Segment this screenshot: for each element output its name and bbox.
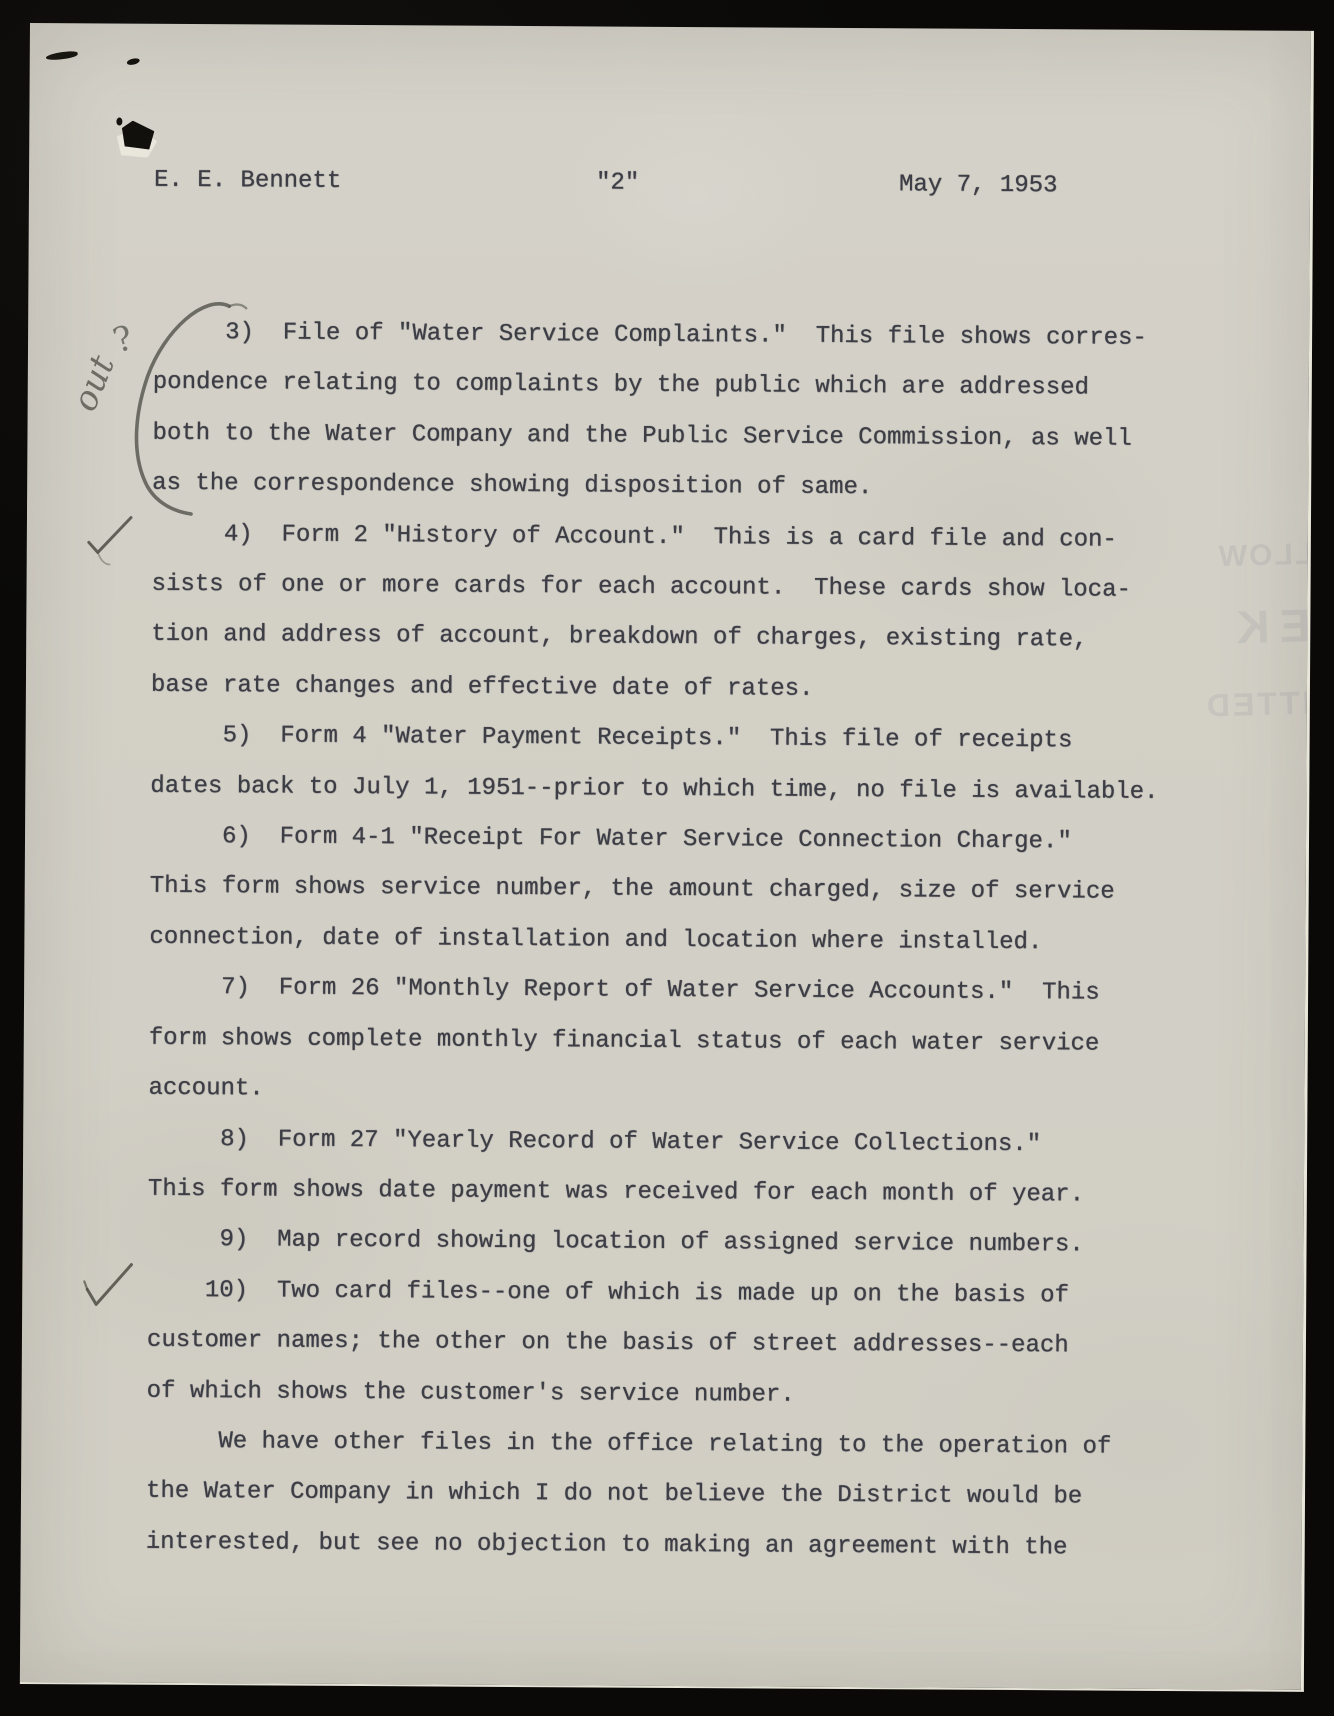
document-page: OLLOW SEK MITTED E. E. Bennett "2" May 7…	[20, 23, 1314, 1692]
pencil-checkmark	[87, 1264, 131, 1304]
typed-line: of which shows the customer's service nu…	[146, 1366, 1154, 1423]
paper-tear	[46, 50, 79, 61]
bleed-through-text: OLLOW	[1216, 537, 1314, 574]
typed-line: This form shows service number, the amou…	[150, 862, 1158, 919]
typed-line: 8) Form 27 "Yearly Record of Water Servi…	[148, 1114, 1156, 1171]
typed-line: 9) Map record showing location of assign…	[147, 1215, 1155, 1272]
pencil-checkmark-barb	[84, 1281, 87, 1289]
typed-line: 6) Form 4-1 "Receipt For Water Service C…	[150, 812, 1158, 869]
typed-line: both to the Water Company and the Public…	[152, 409, 1160, 466]
bleed-through-text: MITTED	[1203, 684, 1314, 725]
margin-note-out: out	[65, 350, 123, 417]
typed-line: We have other files in the office relati…	[146, 1417, 1154, 1474]
typed-line: This form shows date payment was receive…	[148, 1165, 1156, 1222]
header-page-number: "2"	[596, 158, 640, 208]
margin-note-question-mark: ?	[108, 318, 138, 362]
typed-line: 7) Form 26 "Monthly Report of Water Serv…	[149, 963, 1157, 1020]
header-author: E. E. Bennett	[154, 156, 342, 207]
typed-line: dates back to July 1, 1951--prior to whi…	[150, 761, 1158, 818]
typed-line: 10) Two card files--one of which is made…	[147, 1265, 1155, 1322]
typed-line: base rate changes and effective date of …	[151, 661, 1159, 718]
punch-hole	[116, 118, 122, 126]
pencil-checkmark	[89, 517, 131, 552]
scanner-background: OLLOW SEK MITTED E. E. Bennett "2" May 7…	[0, 0, 1334, 1716]
typed-line: 3) File of "Water Service Complaints." T…	[153, 308, 1161, 365]
header-date: May 7, 1953	[899, 160, 1058, 211]
typed-line: 5) Form 4 "Water Payment Receipts." This…	[150, 711, 1158, 768]
typed-line: 4) Form 2 "History of Account." This is …	[152, 509, 1160, 566]
typed-line: sists of one or more cards for each acco…	[151, 560, 1159, 617]
typed-line: the Water Company in which I do not beli…	[146, 1467, 1154, 1524]
typed-line: customer names; the other on the basis o…	[147, 1316, 1155, 1373]
page-header: E. E. Bennett "2" May 7, 1953	[154, 156, 1204, 212]
bleed-through-text: SEK	[1226, 597, 1314, 655]
typed-line: as the correspondence showing dispositio…	[152, 459, 1160, 516]
typed-body: 3) File of "Water Service Complaints." T…	[146, 308, 1162, 1574]
pencil-checkmark-tail	[98, 552, 110, 564]
typed-line: form shows complete monthly financial st…	[149, 1013, 1157, 1070]
paper-tear	[126, 57, 140, 66]
typed-line: pondence relating to complaints by the p…	[153, 358, 1161, 415]
typed-line: interested, but see no objection to maki…	[146, 1517, 1154, 1574]
typed-line: account.	[148, 1064, 1156, 1121]
typed-line: connection, date of installation and loc…	[149, 913, 1157, 970]
typed-line: tion and address of account, breakdown o…	[151, 610, 1159, 667]
